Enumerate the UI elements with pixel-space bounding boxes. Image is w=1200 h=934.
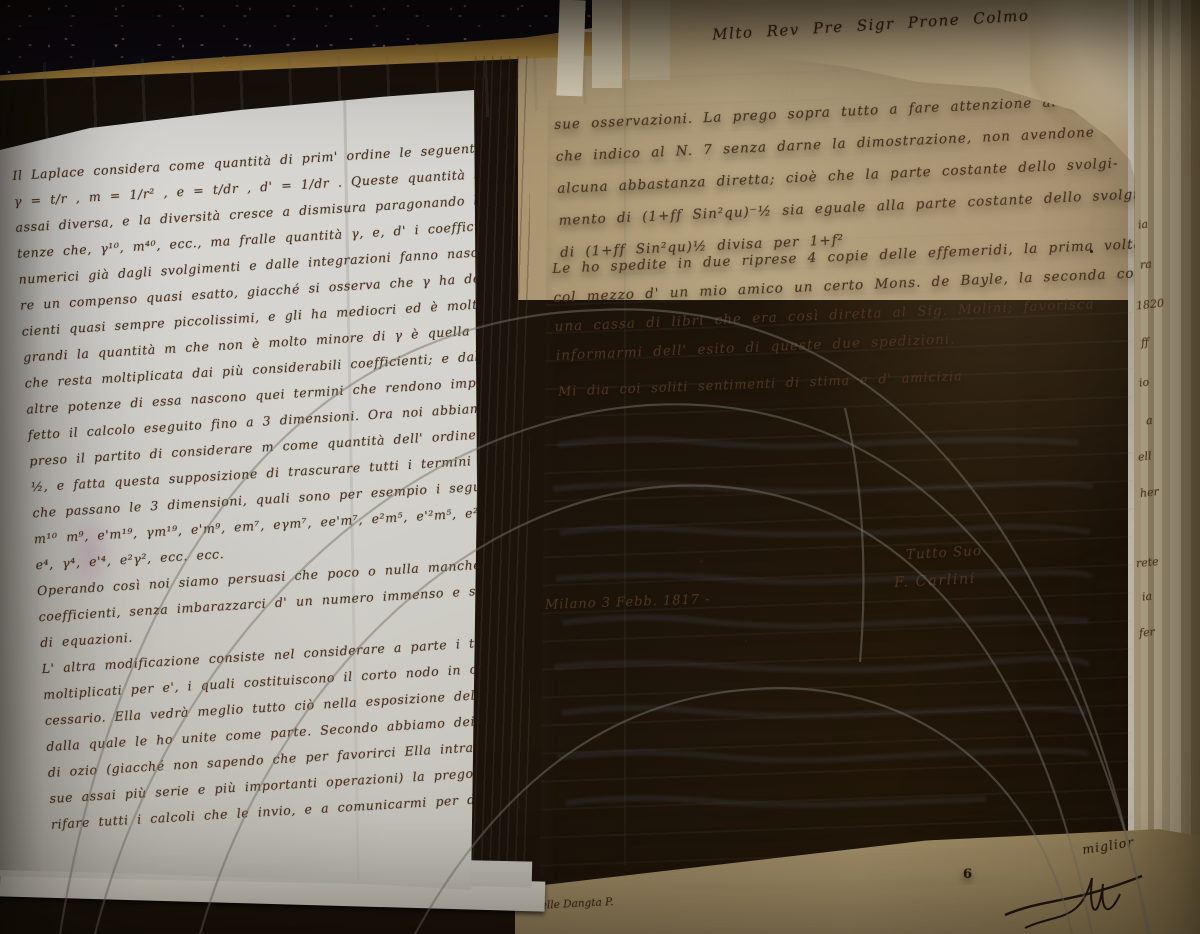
ink-speck <box>1052 648 1056 651</box>
page-number: 6 <box>963 867 972 882</box>
ink-speck <box>745 640 747 642</box>
ink-speck <box>1090 250 1093 253</box>
ink-speck <box>1064 678 1067 681</box>
left-page-text-block: Il Laplace considera come quantità di pr… <box>12 141 509 843</box>
right-manuscript-page: sue osservazioni. La prego sopra tutto a… <box>518 55 1138 900</box>
left-manuscript-page: Il Laplace considera come quantità di pr… <box>0 85 478 897</box>
right-page-paragraph-2: Le ho spedite in due riprese 4 copie del… <box>552 236 1147 377</box>
ink-speck <box>700 560 703 563</box>
manuscript-photo: Mlto Rev Pre Sigr Prone Colmo ia ra 1820… <box>0 0 1200 934</box>
